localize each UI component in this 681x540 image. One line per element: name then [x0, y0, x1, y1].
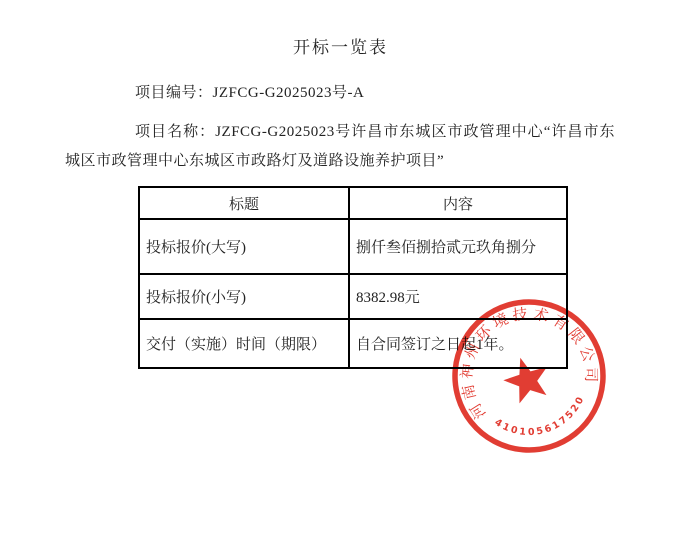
document-page: 开标一览表 项目编号：JZFCG-G2025023号-A 项目名称：JZFCG-…	[0, 0, 681, 540]
header-cell-title: 标题	[139, 187, 349, 219]
project-number-label: 项目编号：	[135, 85, 213, 101]
project-name-line: 项目名称：JZFCG-G2025023号许昌市东城区市政管理中心“许昌市东城区市…	[65, 118, 615, 176]
row-value-bid-price-words: 捌仟叁佰捌拾贰元玖角捌分	[349, 219, 567, 274]
row-value-bid-price-figures: 8382.98元	[349, 274, 567, 319]
table-row: 交付（实施）时间（期限） 自合同签订之日起1年。	[139, 319, 567, 368]
document-title: 开标一览表	[0, 33, 681, 58]
row-value-delivery-time: 自合同签订之日起1年。	[349, 319, 567, 368]
table-row: 投标报价(大写) 捌仟叁佰捌拾贰元玖角捌分	[139, 219, 567, 274]
project-number-value: JZFCG-G2025023号-A	[213, 85, 365, 101]
table-header-row: 标题 内容	[139, 187, 567, 219]
row-label-bid-price-words: 投标报价(大写)	[139, 219, 349, 274]
row-label-delivery-time: 交付（实施）时间（期限）	[139, 319, 349, 368]
bid-summary-table: 标题 内容 投标报价(大写) 捌仟叁佰捌拾贰元玖角捌分 投标报价(小写) 838…	[138, 186, 568, 369]
table-row: 投标报价(小写) 8382.98元	[139, 274, 567, 319]
header-cell-content: 内容	[349, 187, 567, 219]
row-label-bid-price-figures: 投标报价(小写)	[139, 274, 349, 319]
project-name-label: 项目名称：	[135, 124, 215, 140]
project-number-line: 项目编号：JZFCG-G2025023号-A	[135, 79, 364, 108]
